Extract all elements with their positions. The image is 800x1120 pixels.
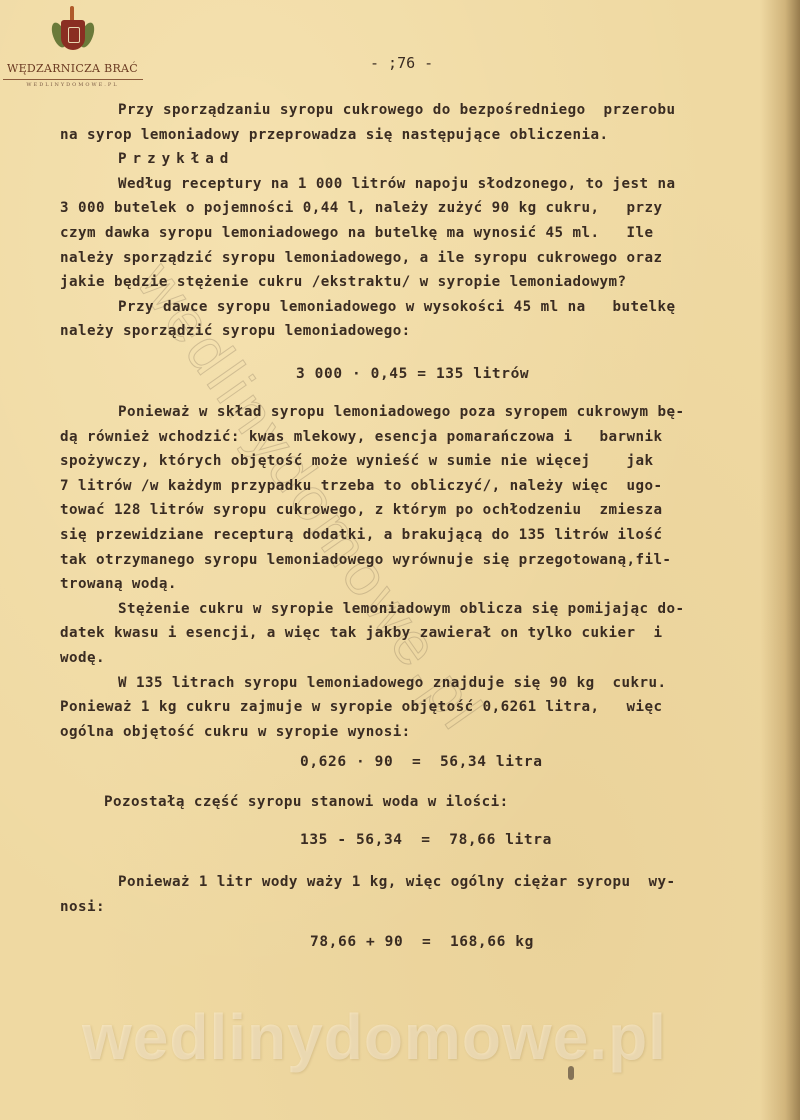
text-line: Ponieważ w skład syropu lemoniadowego po… xyxy=(60,400,770,425)
logo-divider xyxy=(3,79,143,80)
text-line: spożywczy, których objętość może wynieść… xyxy=(60,449,770,474)
text-line: Przy sporządzaniu syropu cukrowego do be… xyxy=(60,98,770,123)
crest-icon xyxy=(43,4,103,56)
text-line: jakie będzie stężenie cukru /ekstraktu/ … xyxy=(60,270,770,295)
paragraph-intro: Przy sporządzaniu syropu cukrowego do be… xyxy=(60,98,770,344)
equation-3: 135 - 56,34 = 78,66 litra xyxy=(300,832,552,848)
paragraph-weight: Ponieważ 1 litr wody waży 1 kg, więc ogó… xyxy=(60,870,770,919)
text-line: wodę. xyxy=(60,646,770,671)
text-line: Przy dawce syropu lemoniadowego w wysoko… xyxy=(60,295,770,320)
text-line: nosi: xyxy=(60,895,770,920)
text-line: Ponieważ 1 litr wody waży 1 kg, więc ogó… xyxy=(60,870,770,895)
page-number: - ;76 - xyxy=(370,54,433,72)
logo-url: WEDLINYDOMOWE.PL xyxy=(0,82,145,88)
site-logo[interactable]: WĘDZARNICZA BRAĆ WEDLINYDOMOWE.PL xyxy=(0,4,145,88)
text-line: datek kwasu i esencji, a więc tak jakby … xyxy=(60,621,770,646)
bottom-watermark: wedlinydomowe.pl xyxy=(82,1000,667,1074)
equation-1: 3 000 · 0,45 = 135 litrów xyxy=(296,366,529,382)
text-line: się przewidziane recepturą dodatki, a br… xyxy=(60,523,770,548)
example-heading: Przykład xyxy=(60,147,770,172)
paragraph-water: Pozostałą część syropu stanowi woda w il… xyxy=(60,790,770,815)
paragraph-ingredients: Ponieważ w skład syropu lemoniadowego po… xyxy=(60,400,770,744)
text-line: W 135 litrach syropu lemoniadowego znajd… xyxy=(60,671,770,696)
text-line: tować 128 litrów syropu cukrowego, z któ… xyxy=(60,498,770,523)
text-line: należy sporządzić syropu lemoniadowego: xyxy=(60,319,770,344)
text-line: ogólna objętość cukru w syropie wynosi: xyxy=(60,720,770,745)
text-line: trowaną wodą. xyxy=(60,572,770,597)
text-line: dą również wchodzić: kwas mlekowy, esenc… xyxy=(60,425,770,450)
text-line: 3 000 butelek o pojemności 0,44 l, należ… xyxy=(60,196,770,221)
equation-4: 78,66 + 90 = 168,66 kg xyxy=(310,934,534,950)
text-line: Pozostałą część syropu stanowi woda w il… xyxy=(60,790,770,815)
text-line: tak otrzymanego syropu lemoniadowego wyr… xyxy=(60,548,770,573)
equation-2: 0,626 · 90 = 56,34 litra xyxy=(300,754,543,770)
logo-name: WĘDZARNICZA BRAĆ xyxy=(0,62,145,75)
text-line: Stężenie cukru w syropie lemoniadowym ob… xyxy=(60,597,770,622)
text-line: czym dawka syropu lemoniadowego na butel… xyxy=(60,221,770,246)
text-line: Według receptury na 1 000 litrów napoju … xyxy=(60,172,770,197)
text-line: 7 litrów /w każdym przypadku trzeba to o… xyxy=(60,474,770,499)
ink-smudge xyxy=(568,1066,574,1080)
text-line: należy sporządzić syropu lemoniadowego, … xyxy=(60,246,770,271)
text-line: na syrop lemoniadowy przeprowadza się na… xyxy=(60,123,770,148)
text-line: Ponieważ 1 kg cukru zajmuje w syropie ob… xyxy=(60,695,770,720)
